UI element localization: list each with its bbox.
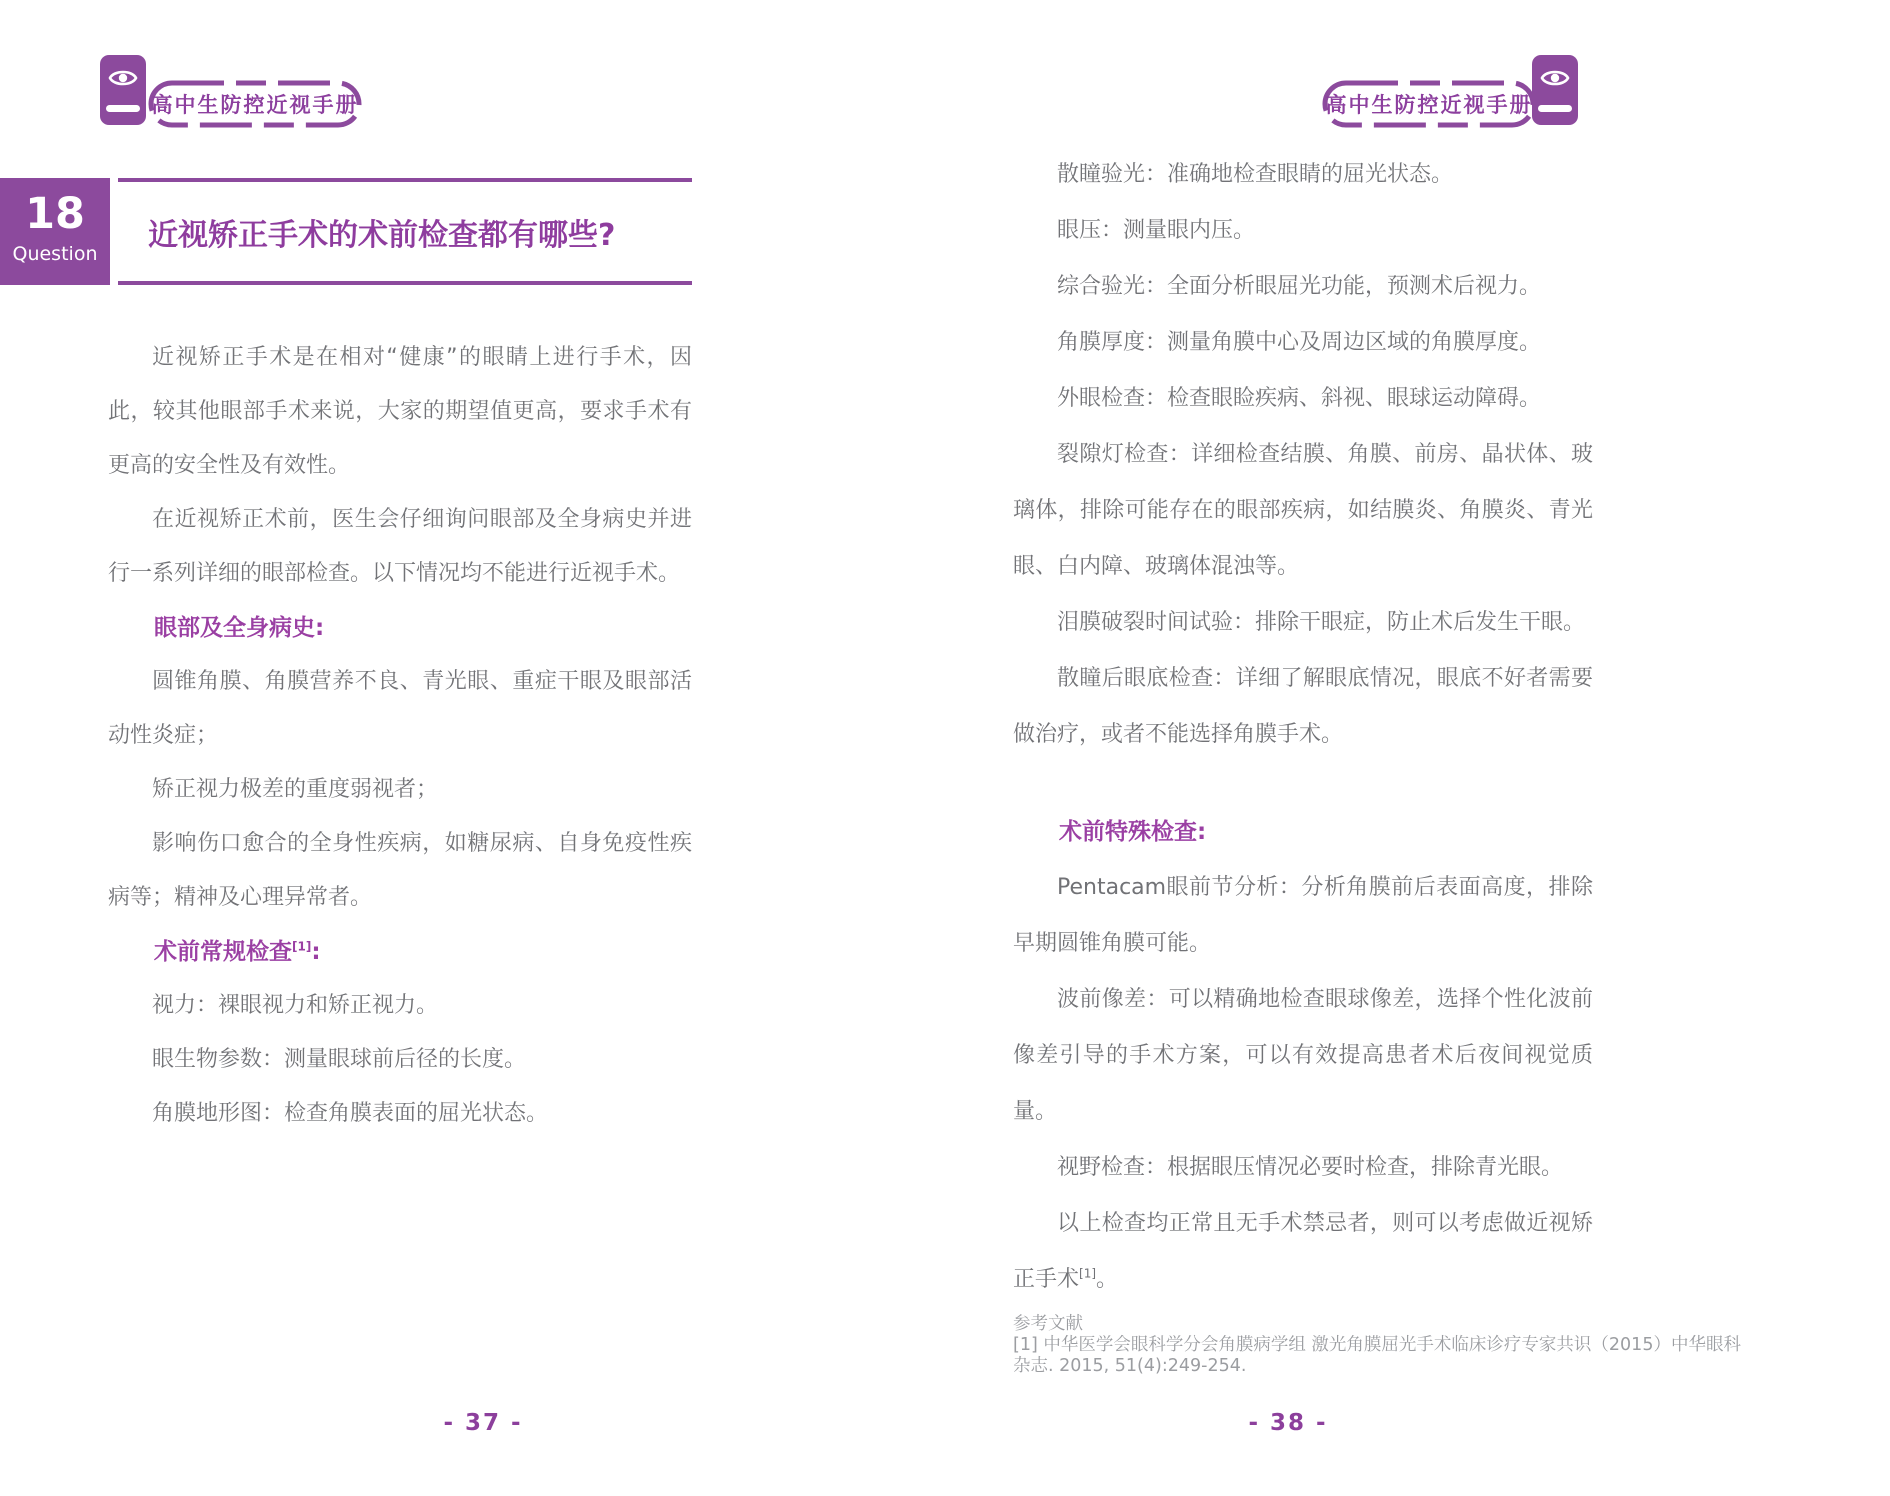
closing-period: 。	[1096, 1267, 1118, 1292]
left-page-body: 近视矫正手术是在相对“健康”的眼睛上进行手术，因此，较其他眼部手术来说，大家的期…	[108, 331, 692, 1141]
booklet-title: 高中生防控近视手册	[1322, 80, 1536, 128]
section-heading-history: 眼部及全身病史:	[108, 601, 692, 655]
list-item: 外眼检查：检查眼睑疾病、斜视、眼球运动障碍。	[1013, 371, 1593, 427]
list-item: 圆锥角膜、角膜营养不良、青光眼、重症干眼及眼部活动性炎症；	[108, 655, 692, 763]
list-item: 眼生物参数：测量眼球前后径的长度。	[108, 1033, 692, 1087]
book-eye-icon	[100, 55, 146, 131]
list-item: Pentacam眼前节分析：分析角膜前后表面高度，排除早期圆锥角膜可能。	[1013, 860, 1593, 972]
booklet-title-pill: 高中生防控近视手册	[148, 80, 362, 128]
list-item: 角膜厚度：测量角膜中心及周边区域的角膜厚度。	[1013, 315, 1593, 371]
booklet-title: 高中生防控近视手册	[148, 80, 362, 128]
section-heading-text: 术前常规检查	[154, 939, 292, 965]
right-page-number: - 38 -	[1248, 1410, 1327, 1436]
paragraph: 在近视矫正术前，医生会仔细询问眼部及全身病史并进行一系列详细的眼部检查。以下情况…	[108, 493, 692, 601]
question-number: 18	[0, 193, 110, 236]
list-item: 散瞳验光：准确地检查眼睛的屈光状态。	[1013, 147, 1593, 203]
references-label: 参考文献	[1013, 1314, 1748, 1335]
list-item: 裂隙灯检查：详细检查结膜、角膜、前房、晶状体、玻璃体，排除可能存在的眼部疾病，如…	[1013, 427, 1593, 595]
question-label: Question	[0, 243, 110, 265]
footnote-marker: [1]	[1079, 1267, 1096, 1281]
booklet-title-pill: 高中生防控近视手册	[1322, 80, 1536, 128]
footnote-marker: [1]	[292, 939, 311, 953]
question-number-box: 18 Question	[0, 178, 110, 285]
left-page-number: - 37 -	[443, 1410, 522, 1436]
list-item: 综合验光：全面分析眼屈光功能，预测术后视力。	[1013, 259, 1593, 315]
page-title: 近视矫正手术的术前检查都有哪些?	[118, 210, 615, 254]
list-item: 泪膜破裂时间试验：排除干眼症，防止术后发生干眼。	[1013, 595, 1593, 651]
book-eye-icon	[1532, 55, 1578, 131]
list-item: 角膜地形图：检查角膜表面的屈光状态。	[108, 1087, 692, 1141]
list-item: 矫正视力极差的重度弱视者；	[108, 763, 692, 817]
section-heading-special: 术前特殊检查:	[1013, 804, 1593, 860]
list-item: 眼压：测量眼内压。	[1013, 203, 1593, 259]
paragraph: 近视矫正手术是在相对“健康”的眼睛上进行手术，因此，较其他眼部手术来说，大家的期…	[108, 331, 692, 493]
list-item: 影响伤口愈合的全身性疾病，如糖尿病、自身免疫性疾病等；精神及心理异常者。	[108, 817, 692, 925]
list-item: 视野检查：根据眼压情况必要时检查，排除青光眼。	[1013, 1140, 1593, 1196]
reference-entry: [1] 中华医学会眼科学分会角膜病学组 激光角膜屈光手术临床诊疗专家共识（201…	[1013, 1335, 1748, 1377]
section-heading-colon: :	[311, 939, 320, 965]
references: 参考文献 [1] 中华医学会眼科学分会角膜病学组 激光角膜屈光手术临床诊疗专家共…	[1013, 1314, 1748, 1377]
section-heading-routine: 术前常规检查[1]:	[108, 925, 692, 979]
right-page-body: 散瞳验光：准确地检查眼睛的屈光状态。 眼压：测量眼内压。 综合验光：全面分析眼屈…	[1013, 147, 1593, 1377]
question-title-bar: 近视矫正手术的术前检查都有哪些?	[118, 178, 692, 285]
list-item: 散瞳后眼底检查：详细了解眼底情况，眼底不好者需要做治疗，或者不能选择角膜手术。	[1013, 651, 1593, 763]
list-item: 视力：裸眼视力和矫正视力。	[108, 979, 692, 1033]
list-item: 波前像差：可以精确地检查眼球像差，选择个性化波前像差引导的手术方案，可以有效提高…	[1013, 972, 1593, 1140]
closing-paragraph: 以上检查均正常且无手术禁忌者，则可以考虑做近视矫正手术[1]。	[1013, 1196, 1593, 1308]
